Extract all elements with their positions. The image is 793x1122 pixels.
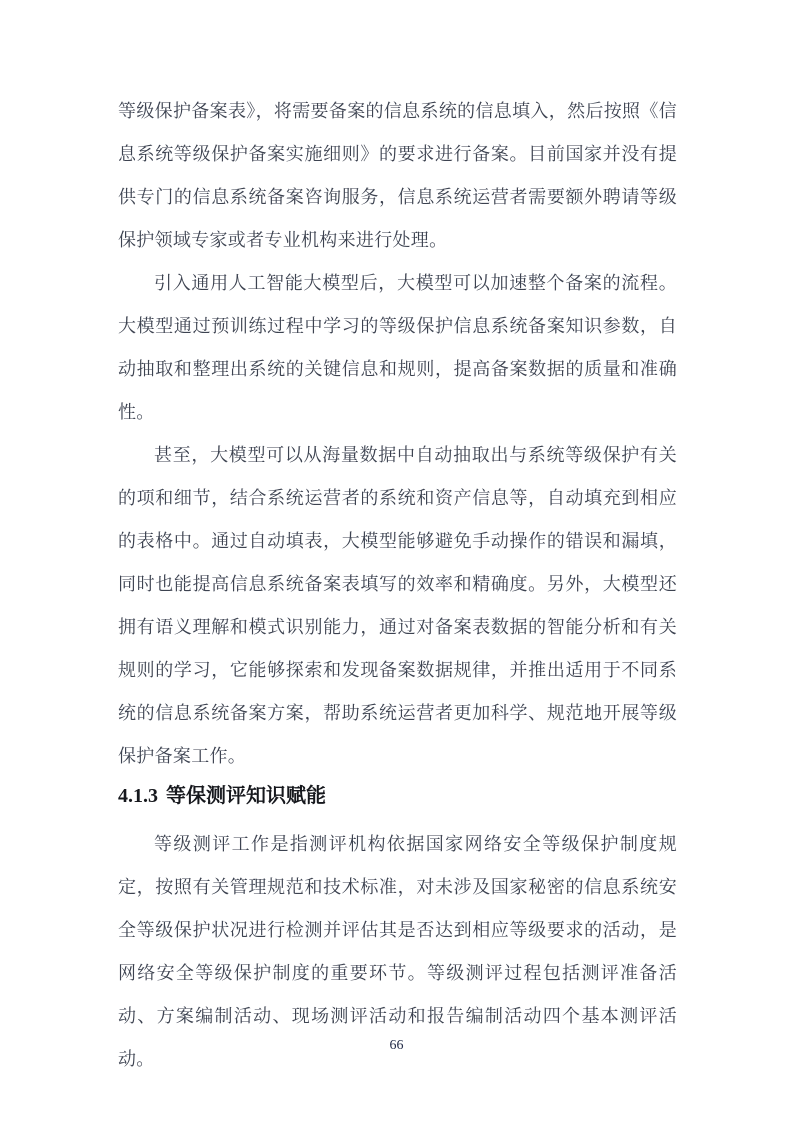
document-page: 等级保护备案表》，将需要备案的信息系统的信息填入，然后按照《信息系统等级保护备案… bbox=[0, 0, 793, 1122]
page-footer: 66 bbox=[0, 1036, 793, 1054]
paragraph: 甚至，大模型可以从海量数据中自动抽取出与系统等级保护有关的项和细节，结合系统运营… bbox=[118, 434, 677, 778]
section-heading-number: 4.1.3 bbox=[118, 785, 158, 807]
page-number: 66 bbox=[390, 1038, 404, 1053]
section-heading-title: 等保测评知识赋能 bbox=[166, 785, 326, 807]
page-content: 等级保护备案表》，将需要备案的信息系统的信息填入，然后按照《信息系统等级保护备案… bbox=[118, 90, 677, 1081]
paragraph-continuation: 等级保护备案表》，将需要备案的信息系统的信息填入，然后按照《信息系统等级保护备案… bbox=[118, 90, 677, 262]
paragraph: 引入通用人工智能大模型后，大模型可以加速整个备案的流程。大模型通过预训练过程中学… bbox=[118, 262, 677, 434]
section-heading: 4.1.3等保测评知识赋能 bbox=[118, 782, 677, 810]
